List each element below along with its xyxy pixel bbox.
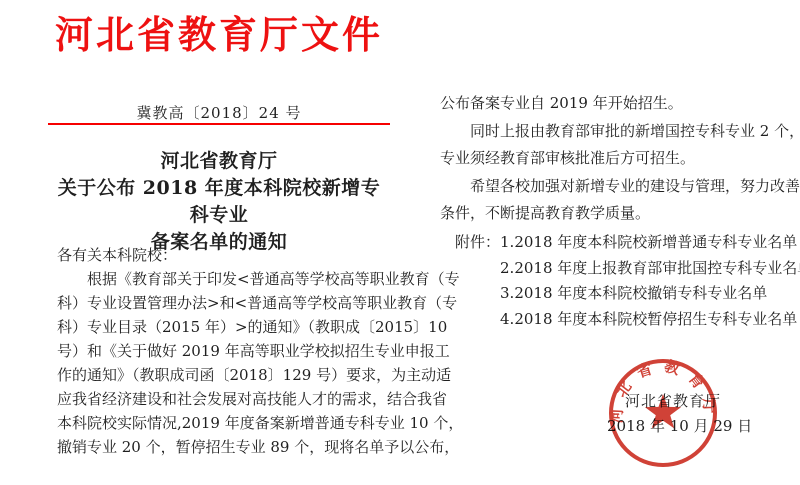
body-text-left: 各有关本科院校： 根据《教育部关于印发<普通高等学校高等职业教育（专 科）专业设…: [57, 243, 390, 459]
body-line: 希望各校加强对新增专业的建设与管理，努力改善办学: [440, 173, 776, 201]
document-number: 冀教高〔2018〕24 号: [48, 102, 390, 123]
document-title: 河北省教育厅 关于公布 2018 年度本科院校新增专科专业 备案名单的通知: [48, 148, 390, 256]
body-line: 同时上报由教育部审批的新增国控专科专业 2 个，审批: [440, 118, 776, 146]
body-line: 号）和《关于做好 2019 年高等职业学校拟招生专业申报工: [57, 339, 390, 363]
document-page: 河北省教育厅文件 冀教高〔2018〕24 号 河北省教育厅 关于公布 2018 …: [0, 0, 800, 485]
attachment-items: 1.2018 年度本科院校新增普通专科专业名单 2.2018 年度上报教育部审批…: [500, 230, 800, 332]
attachment-item: 3.2018 年度本科院校撤销专科专业名单: [500, 281, 800, 307]
body-line: 专业须经教育部审核批准后方可招生。: [440, 145, 776, 173]
body-line: 公布备案专业自 2019 年开始招生。: [440, 90, 776, 118]
body-line: 应我省经济建设和社会发展对高技能人才的需求，结合我省: [57, 387, 390, 411]
red-divider-rule: [48, 123, 390, 125]
letterhead-title: 河北省教育厅文件: [48, 4, 390, 59]
attachments-label: 附件：: [455, 230, 500, 256]
attachments-list: 附件： 1.2018 年度本科院校新增普通专科专业名单 2.2018 年度上报教…: [455, 230, 800, 332]
body-line: 撤销专业 20 个，暂停招生专业 89 个，现将名单予以公布，: [57, 435, 390, 459]
attachment-item: 1.2018 年度本科院校新增普通专科专业名单: [500, 230, 800, 256]
title-line-2: 关于公布 2018 年度本科院校新增专科专业: [48, 175, 390, 229]
left-column: 河北省教育厅文件 冀教高〔2018〕24 号 河北省教育厅 关于公布 2018 …: [48, 0, 390, 485]
seal-star-icon: [645, 394, 681, 428]
body-line: 科）专业设置管理办法>和<普通高等学校高等职业教育（专: [57, 291, 390, 315]
right-column: 公布备案专业自 2019 年开始招生。 同时上报由教育部审批的新增国控专科专业 …: [440, 0, 776, 485]
body-text-right: 公布备案专业自 2019 年开始招生。 同时上报由教育部审批的新增国控专科专业 …: [440, 90, 776, 228]
body-line: 各有关本科院校：: [57, 243, 390, 267]
body-line: 根据《教育部关于印发<普通高等学校高等职业教育（专: [57, 267, 390, 291]
attachment-item: 4.2018 年度本科院校暂停招生专科专业名单: [500, 307, 800, 333]
title-line-1: 河北省教育厅: [48, 148, 390, 175]
body-line: 本科院校实际情况,2019 年度备案新增普通专科专业 10 个，: [57, 411, 390, 435]
body-line: 条件，不断提高教育教学质量。: [440, 200, 776, 228]
body-line: 科）专业目录（2015 年）>的通知》（教职成〔2015〕10: [57, 315, 390, 339]
attachment-item: 2.2018 年度上报教育部审批国控专科专业名单: [500, 256, 800, 282]
body-line: 作的通知》（教职成司函〔2018〕129 号）要求，为主动适: [57, 363, 390, 387]
official-seal-stamp: 河北省教育厅: [606, 356, 720, 470]
